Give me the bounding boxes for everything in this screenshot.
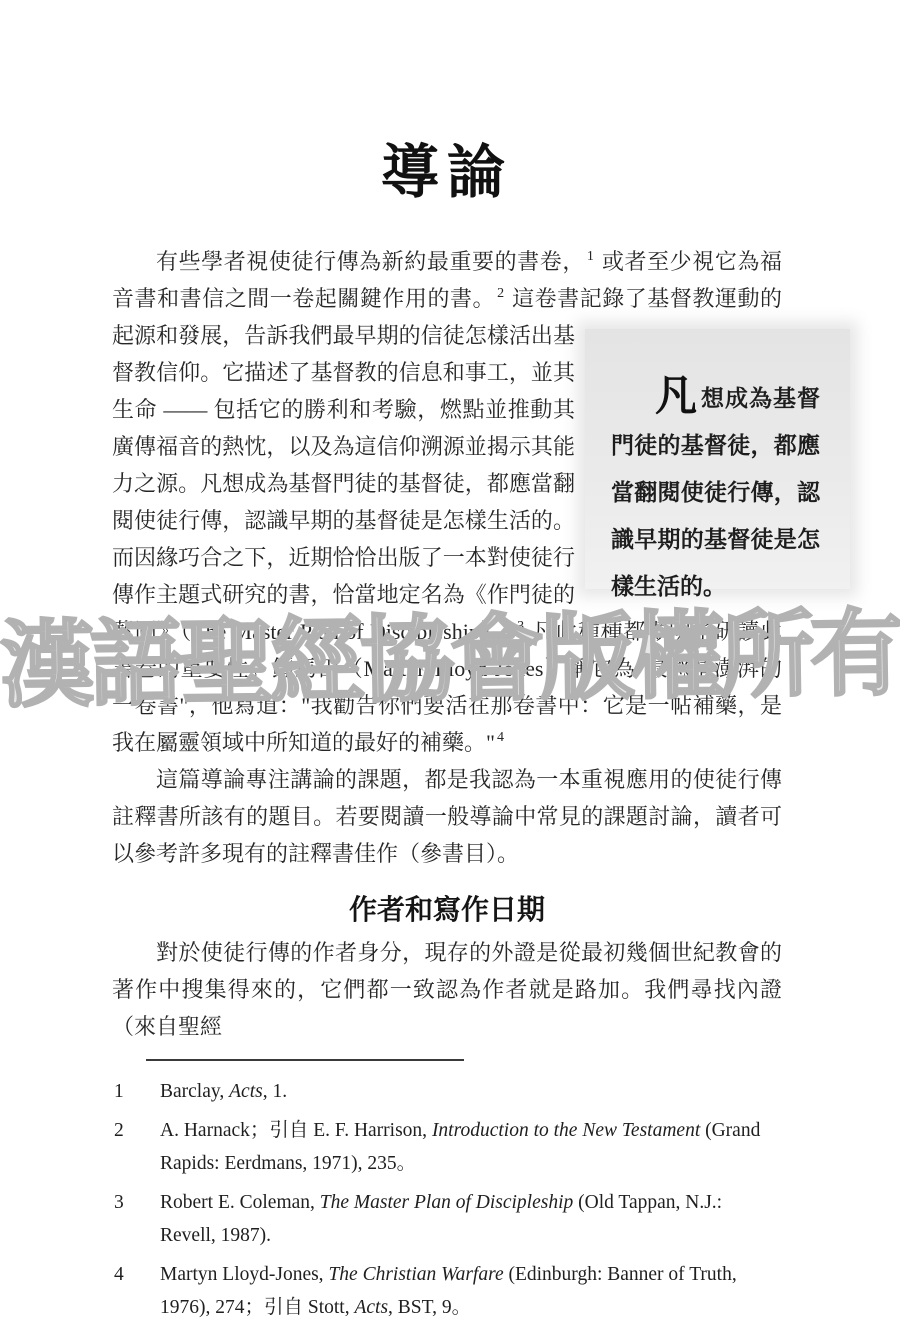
footnote-number: 4 <box>114 1258 124 1291</box>
intro-text-4: 發展，告訴我們最早期的信徒怎樣活出基督教信仰。它描述了基督教的信息和事工，並其生… <box>112 323 575 644</box>
footnote-number: 1 <box>114 1075 124 1108</box>
pullquote-dropcap: 凡 <box>655 371 698 420</box>
footnote-divider <box>146 1059 464 1061</box>
paragraph-intro: 有些學者視使徒行傳為新約最重要的書卷，1 或者至少視它為福音書和書信之間一卷起關… <box>112 243 782 761</box>
footnote-number: 2 <box>114 1114 124 1147</box>
intro-text-1: 有些學者視使徒行傳為新約最重要的書卷， <box>156 249 585 274</box>
footnote-text: Barclay, <box>160 1081 229 1102</box>
footnote-text: Robert E. Coleman, <box>160 1192 320 1213</box>
section-heading-author-date: 作者和寫作日期 <box>112 886 782 934</box>
footnote-text: Martyn Lloyd-Jones, <box>160 1264 328 1285</box>
footnote-item: 2A. Harnack；引自 E. F. Harrison, Introduct… <box>112 1114 782 1180</box>
footnote-citation-title: The Christian Warfare <box>328 1264 503 1285</box>
footnote-text: , BST, 9。 <box>388 1297 471 1318</box>
footnote-ref-4: 4 <box>495 730 506 745</box>
footnote-citation-title: The Master Plan of Discipleship <box>320 1192 573 1213</box>
text-column: 導論 有些學者視使徒行傳為新約最重要的書卷，1 或者至少視它為福音書和書信之間一… <box>112 0 782 1324</box>
footnote-text: , 1. <box>263 1081 287 1102</box>
footnote-ref-1: 1 <box>585 249 596 264</box>
footnote-text: A. Harnack；引自 E. F. Harrison, <box>160 1120 432 1141</box>
paragraph-overview: 這篇導論專注講論的課題，都是我認為一本重視應用的使徒行傳註釋書所該有的題目。若要… <box>112 761 782 872</box>
footnote-list: 1Barclay, Acts, 1.2A. Harnack；引自 E. F. H… <box>112 1075 782 1324</box>
footnote-citation-title: Acts <box>354 1297 388 1318</box>
footnote-item: 1Barclay, Acts, 1. <box>112 1075 782 1108</box>
footnote-citation-title: Acts <box>229 1081 263 1102</box>
footnote-ref-3: 3 <box>515 619 526 634</box>
pullquote-text: 想成為基督門徒的基督徒，都應當翻閱使徒行傳，認識早期的基督徒是怎樣生活的。 <box>611 386 820 600</box>
footnotes-block: 1Barclay, Acts, 1.2A. Harnack；引自 E. F. H… <box>112 1059 782 1324</box>
pullquote-box: 凡想成為基督門徒的基督徒，都應當翻閱使徒行傳，認識早期的基督徒是怎樣生活的。 <box>585 329 850 589</box>
book-page: 漢語聖經協會版權所有 導論 有些學者視使徒行傳為新約最重要的書卷，1 或者至少視… <box>0 0 900 1324</box>
footnote-item: 4Martyn Lloyd-Jones, The Christian Warfa… <box>112 1258 782 1324</box>
footnote-citation-title: Introduction to the New Testament <box>432 1120 700 1141</box>
footnote-ref-2: 2 <box>495 286 506 301</box>
footnote-item: 3Robert E. Coleman, The Master Plan of D… <box>112 1186 782 1252</box>
paragraph-authorship: 對於使徒行傳的作者身分，現存的外證是從最初幾個世紀教會的著作中搜集得來的，它們都… <box>112 934 782 1045</box>
footnote-number: 3 <box>114 1186 124 1219</box>
page-title: 導論 <box>112 140 782 204</box>
